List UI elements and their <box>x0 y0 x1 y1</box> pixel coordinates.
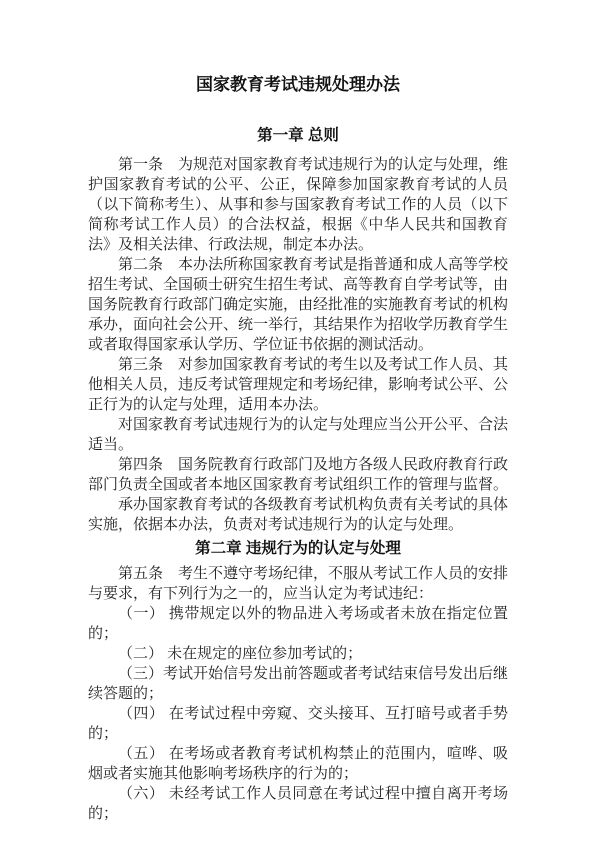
chapter-2-heading: 第二章 违规行为的认定与处理 <box>88 539 508 559</box>
article-5-clause-6: （六） 未经考试工作人员同意在考试过程中擅自离开考场的； <box>88 784 508 824</box>
article-1-paragraph: 第一条 为规范对国家教育考试违规行为的认定与处理，维护国家教育考试的公平、公正，… <box>88 155 508 255</box>
article-5-clause-3: （三）考试开始信号发出前答题或者考试结束信号发出后继续答题的； <box>88 664 508 704</box>
document-page: 国家教育考试违规处理办法 第一章 总则 第一条 为规范对国家教育考试违规行为的认… <box>0 0 595 842</box>
article-2-paragraph: 第二条 本办法所称国家教育考试是指普通和成人高等学校招生考试、全国硕士研究生招生… <box>88 255 508 355</box>
article-5-clause-4: （四） 在考试过程中旁窥、交头接耳、互打暗号或者手势的； <box>88 704 508 744</box>
chapter-1-heading: 第一章 总则 <box>88 126 508 146</box>
article-4-paragraph-2: 承办国家教育考试的各级教育考试机构负责有关考试的具体实施，依据本办法，负责对考试… <box>88 495 508 535</box>
article-3-paragraph-1: 第三条 对参加国家教育考试的考生以及考试工作人员、其他相关人员，违反考试管理规定… <box>88 355 508 415</box>
article-4-paragraph-1: 第四条 国务院教育行政部门及地方各级人民政府教育行政部门负责全国或者本地区国家教… <box>88 455 508 495</box>
document-title: 国家教育考试违规处理办法 <box>88 74 508 96</box>
article-5-clause-2: （二） 未在规定的座位参加考试的； <box>88 644 508 664</box>
article-5-intro-paragraph: 第五条 考生不遵守考场纪律，不服从考试工作人员的安排与要求，有下列行为之一的，应… <box>88 564 508 604</box>
article-5-clause-5: （五） 在考场或者教育考试机构禁止的范围内，喧哗、吸烟或者实施其他影响考场秩序的… <box>88 744 508 784</box>
article-5-clause-1: （一） 携带规定以外的物品进入考场或者未放在指定位置的； <box>88 604 508 644</box>
article-3-paragraph-2: 对国家教育考试违规行为的认定与处理应当公开公平、合法适当。 <box>88 415 508 455</box>
